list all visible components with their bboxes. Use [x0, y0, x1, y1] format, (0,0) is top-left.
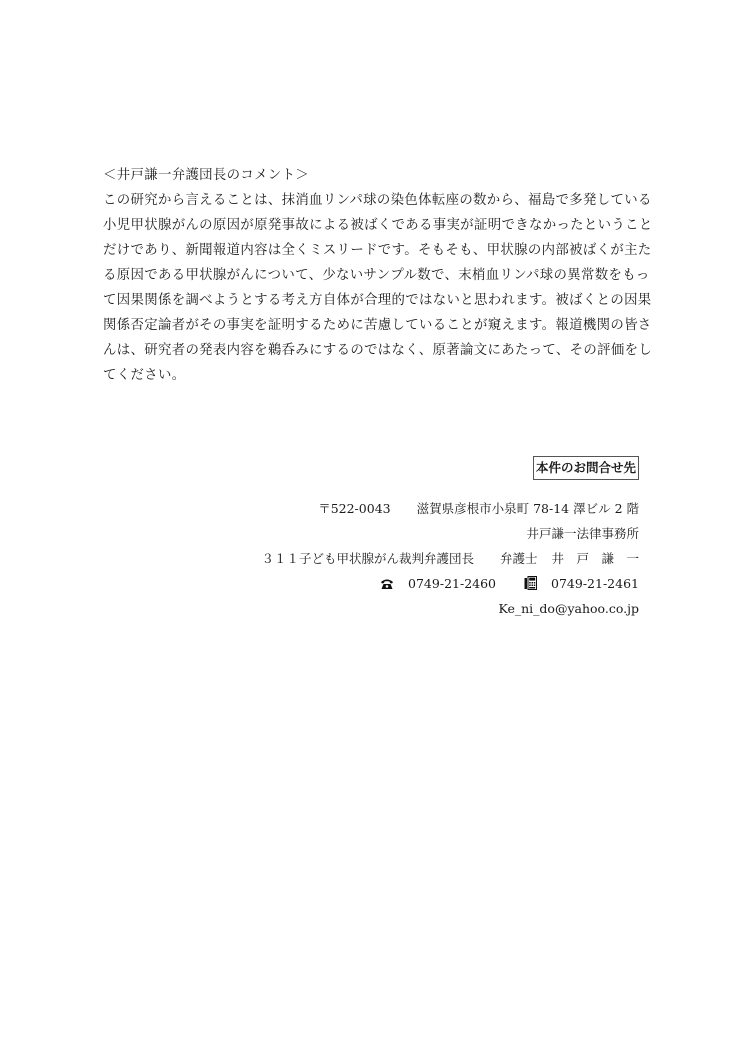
- telephone-icon: [380, 573, 394, 598]
- fax-icon: [524, 573, 537, 598]
- office-name: 井戸謙一法律事務所: [526, 526, 639, 541]
- document-page: ＜井戸謙一弁護団長のコメント＞ この研究から言えることは、抹消血リンパ球の染色体…: [0, 0, 736, 1042]
- contact-info: 本件のお問合せ先 〒522-0043滋賀県彦根市小泉町 78-14 澤ビル 2 …: [261, 456, 639, 621]
- role: 弁護士: [500, 551, 538, 566]
- fax-number: 0749-21-2461: [551, 576, 639, 591]
- comment-line: 関係否定論者がその事実を証明するために苦慮していることが窺えます。報道機関の皆さ: [103, 313, 638, 338]
- email-address[interactable]: Ke_ni_do@yahoo.co.jp: [498, 601, 639, 616]
- phone-fax-row: 0749-21-2460 0749-21-2461: [261, 571, 639, 596]
- comment-heading: ＜井戸謙一弁護団長のコメント＞: [103, 163, 638, 188]
- comment-line: 小児甲状腺がんの原因が原発事故による被ばくである事実が証明できなかったということ: [103, 213, 638, 238]
- comment-line: て因果関係を調べようとする考え方自体が合理的ではないと思われます。被ばくとの因果: [103, 288, 638, 313]
- signatory-name: 井 戸 謙 一: [551, 551, 639, 566]
- office-row: 井戸謙一法律事務所: [261, 521, 639, 546]
- address: 滋賀県彦根市小泉町 78-14 澤ビル 2 階: [417, 501, 639, 516]
- comment-line: る原因である甲状腺がんについて、少ないサンプル数で、末梢血リンパ球の異常数をもっ: [103, 263, 638, 288]
- postal-code: 〒522-0043: [318, 501, 390, 516]
- comment-line: てください。: [103, 363, 638, 388]
- comment-line: だけであり、新聞報道内容は全くミスリードです。そもそも、甲状腺の内部被ばくが主た: [103, 238, 638, 263]
- comment-line: この研究から言えることは、抹消血リンパ球の染色体転座の数から、福島で多発している: [103, 188, 638, 213]
- organization: ３１１子ども甲状腺がん裁判弁護団長: [261, 551, 474, 566]
- phone-number: 0749-21-2460: [408, 576, 496, 591]
- contact-title: 本件のお問合せ先: [533, 456, 639, 480]
- signatory-row: ３１１子ども甲状腺がん裁判弁護団長弁護士井 戸 謙 一: [261, 546, 639, 571]
- lawyer-comment: ＜井戸謙一弁護団長のコメント＞ この研究から言えることは、抹消血リンパ球の染色体…: [103, 163, 638, 388]
- address-row: 〒522-0043滋賀県彦根市小泉町 78-14 澤ビル 2 階: [261, 496, 639, 521]
- email-row: Ke_ni_do@yahoo.co.jp: [261, 596, 639, 621]
- comment-line: んは、研究者の発表内容を鵜呑みにするのではなく、原著論文にあたって、その評価をし: [103, 338, 638, 363]
